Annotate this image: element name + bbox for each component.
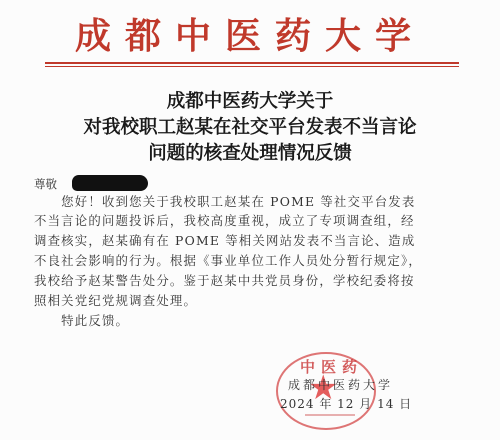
- body-line: 我校给予赵某警告处分。鉴于赵某中共党员身份，学校纪委将按: [34, 272, 466, 290]
- body-line: 不当言论的问题投诉后，我校高度重视，成立了专项调查组，经: [34, 212, 466, 230]
- document-title-line-3: 问题的核查处理情况反馈: [0, 140, 500, 168]
- redacted-name: [72, 175, 148, 191]
- document-title-line-1: 成都中医药大学关于: [0, 88, 500, 116]
- signer-name: 成都中医药大学: [288, 376, 393, 393]
- masthead-rule-thin: [45, 66, 459, 67]
- masthead-title: 成都中医药大学: [0, 14, 500, 58]
- masthead-rule-thick: [45, 62, 459, 64]
- salutation: 尊敬: [34, 176, 57, 192]
- body-line: 您好！收到您关于我校职工赵某在 POME 等社交平台发表: [34, 193, 466, 211]
- body-line: 照相关党纪党规调查处理。: [34, 292, 466, 310]
- signature-date: 2024 年 12 月 14 日: [280, 395, 412, 412]
- body-line: 不良社会影响的行为。根据《事业单位工作人员处分暂行规定》，: [34, 252, 466, 270]
- body-line: 调查核实，赵某确有在 POME 等相关网站发表不当言论、造成: [34, 232, 466, 250]
- document-page: 成都中医药大学 成都中医药大学关于 对我校职工赵某在社交平台发表不当言论 问题的…: [0, 0, 500, 440]
- closing-line: 特此反馈。: [34, 312, 466, 330]
- document-title-line-2: 对我校职工赵某在社交平台发表不当言论: [0, 114, 500, 142]
- seal-serial: [305, 414, 355, 416]
